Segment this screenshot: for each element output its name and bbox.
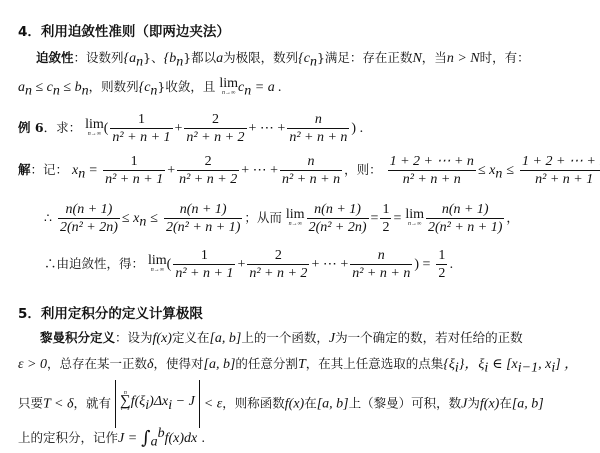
solution-label: 解 xyxy=(18,162,31,177)
riemann-definition-line-2: ε > 0，总存在某一正数δ，使得对[a, b]的任意分割T，在其上任意选取的点… xyxy=(18,356,578,377)
squeeze-definition-line-1: 迫敛性：设数列{an}、{bn}都以a为极限，数列{cn}满足：存在正数N，当n… xyxy=(36,50,530,71)
section-5-title: 5．利用定积分的定义计算极限 xyxy=(18,306,203,322)
example-label: 例 6 xyxy=(18,120,44,135)
fraction-term-1: 1n² + n + 1 xyxy=(110,111,172,146)
section-4-title: 4．利用迫敛性准则（即两边夹法） xyxy=(18,24,230,40)
riemann-sum-absolute: n∑i=1f(ξi)Δxi − J xyxy=(115,380,200,428)
solution-line-2: ∴ n(n + 1)2(n² + 2n)≤ xn ≤ n(n + 1)2(n² … xyxy=(44,198,519,243)
fraction-term-n: nn² + n + n xyxy=(287,111,349,146)
solution-conclusion: ∴由迫敛性，得： limn→∞(1n² + n + 1+2n² + n + 2+… xyxy=(44,244,453,285)
example-6: 例 6．求： limn→∞(1n² + n + 1+2n² + n + 2+ ⋯… xyxy=(18,108,363,149)
solution-line-1: 解：记： xn = 1n² + n + 1+2n² + n + 2+ ⋯ +nn… xyxy=(18,150,600,195)
fraction-term-2: 2n² + n + 2 xyxy=(184,111,246,146)
limit-operator: limn→∞ xyxy=(85,119,104,138)
riemann-definition-line-1: 黎曼积分定义：设为f(x)定义在[a, b]上的一个函数，J为一个确定的数，若对… xyxy=(40,330,523,347)
integral-icon: ∫ xyxy=(141,428,150,449)
riemann-definition-line-3: 只要T < δ，就有 n∑i=1f(ξi)Δxi − J < ε，则称函数f(x… xyxy=(18,380,544,428)
squeeze-definition-line-2: an ≤ cn ≤ bn，则数列{cn}收敛，且 limn→∞cn = a . xyxy=(18,78,282,100)
definition-label: 黎曼积分定义 xyxy=(40,330,115,345)
definition-label: 迫敛性 xyxy=(36,50,74,65)
sigma-icon: n∑i=1 xyxy=(120,390,131,413)
limit-operator: limn→∞ xyxy=(219,78,238,97)
riemann-definition-line-4: 上的定积分，记作J = ∫abf(x)dx . xyxy=(18,426,205,451)
